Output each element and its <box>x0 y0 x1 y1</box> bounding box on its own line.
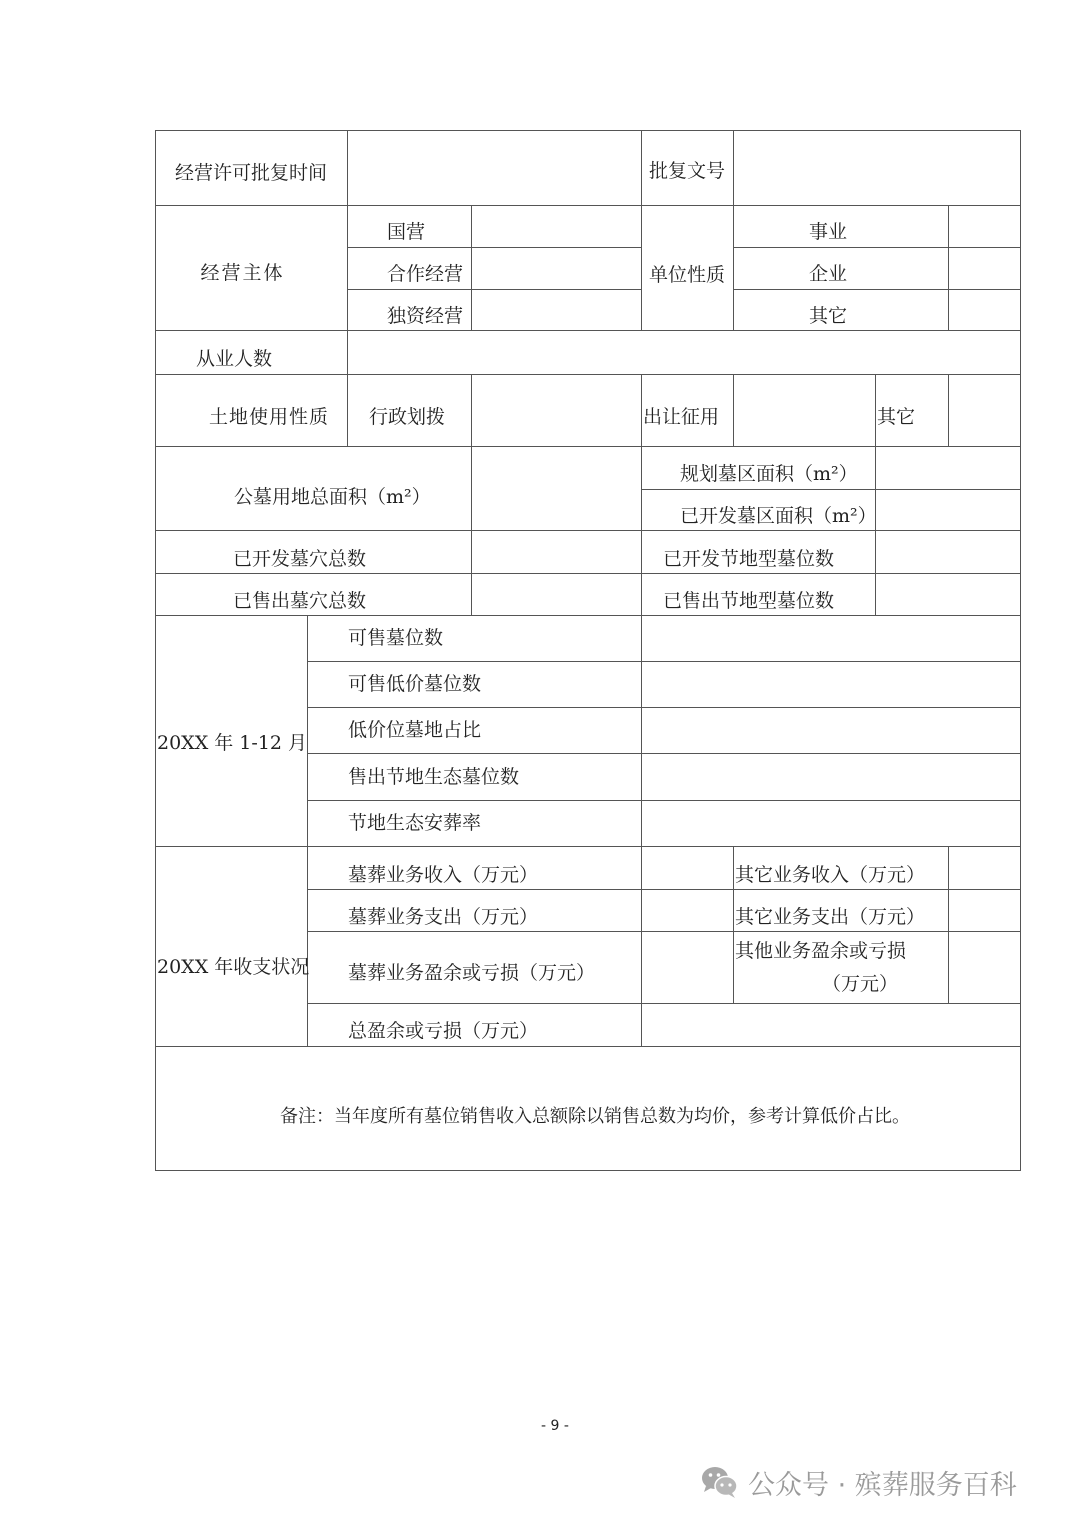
unit-nature-public: 事业 <box>733 221 923 243</box>
burial-expense-field[interactable] <box>642 890 732 931</box>
land-other-label: 其它 <box>877 406 915 428</box>
operator-cooperative-field[interactable] <box>472 248 640 289</box>
sold-graves-label: 已售出墓穴总数 <box>233 590 366 612</box>
operator-sole-field[interactable] <box>472 290 640 330</box>
approval-number-label: 批复文号 <box>641 160 733 182</box>
low-price-ratio-field[interactable] <box>642 708 1020 753</box>
burial-balance-label: 墓葬业务盈余或亏损（万元） <box>348 962 595 984</box>
operator-option-cooperative: 合作经营 <box>387 263 463 285</box>
land-transfer-field[interactable] <box>734 375 874 446</box>
divider <box>155 846 1021 847</box>
period-item-low-price-ratio: 低价位墓地占比 <box>348 719 481 741</box>
other-income-label: 其它业务收入（万元） <box>735 864 925 886</box>
land-admin-allocation-label: 行政划拨 <box>369 406 445 428</box>
unit-nature-public-field[interactable] <box>949 206 1020 247</box>
table-border-bottom <box>155 1170 1021 1171</box>
license-approval-time-label: 经营许可批复时间 <box>155 162 347 184</box>
eco-burial-rate-field[interactable] <box>642 801 1020 846</box>
saleable-graves-field[interactable] <box>642 616 1020 661</box>
developed-eco-graves-label: 已开发节地型墓位数 <box>663 548 834 570</box>
land-use-label: 土地使用性质 <box>209 406 329 428</box>
developed-graves-label: 已开发墓穴总数 <box>233 548 366 570</box>
burial-income-label: 墓葬业务收入（万元） <box>348 864 538 886</box>
page-number: - 9 - <box>540 1418 570 1434</box>
burial-expense-label: 墓葬业务支出（万元） <box>348 906 538 928</box>
watermark-text: 公众号 · 殡葬服务百科 <box>748 1463 1017 1502</box>
employees-field[interactable] <box>348 331 1020 374</box>
operator-option-state: 国营 <box>387 221 425 243</box>
table-border-left <box>155 130 156 1171</box>
burial-income-field[interactable] <box>642 847 732 889</box>
land-other-field[interactable] <box>949 375 1020 446</box>
developed-area-field[interactable] <box>876 490 1020 530</box>
period-item-eco-burial-rate: 节地生态安葬率 <box>348 812 481 834</box>
operator-label: 经营主体 <box>155 262 330 284</box>
developed-graves-field[interactable] <box>472 531 640 573</box>
watermark: 公众号 · 殡葬服务百科 <box>700 1460 1017 1504</box>
license-approval-time-field[interactable] <box>348 131 640 205</box>
developed-eco-graves-field[interactable] <box>876 531 1020 573</box>
other-expense-field[interactable] <box>949 890 1020 931</box>
developed-area-label: 已开发墓区面积（m²） <box>680 505 877 527</box>
approval-number-field[interactable] <box>734 131 1020 205</box>
unit-nature-enterprise: 企业 <box>733 263 923 285</box>
eco-graves-sold-field[interactable] <box>642 754 1020 800</box>
period-item-eco-graves-sold: 售出节地生态墓位数 <box>348 766 519 788</box>
note-text: 备注：当年度所有墓位销售收入总额除以销售总数为均价，参考计算低价占比。 <box>280 1106 910 1128</box>
unit-nature-enterprise-field[interactable] <box>949 248 1020 289</box>
unit-nature-other-field[interactable] <box>949 290 1020 330</box>
divider <box>875 374 876 446</box>
divider <box>347 374 348 446</box>
operator-state-field[interactable] <box>472 206 640 247</box>
period-label: 20XX 年 1-12 月 <box>157 732 307 754</box>
sold-graves-field[interactable] <box>472 574 640 615</box>
sold-eco-graves-label: 已售出节地型墓位数 <box>663 590 834 612</box>
employees-label: 从业人数 <box>196 348 272 370</box>
divider <box>347 205 348 330</box>
total-cemetery-area-label: 公墓用地总面积（m²） <box>234 486 431 508</box>
sold-eco-graves-field[interactable] <box>876 574 1020 615</box>
other-balance-label-line2: （万元） <box>822 973 898 995</box>
planned-area-label: 规划墓区面积（m²） <box>680 463 858 485</box>
divider <box>307 615 308 1046</box>
unit-nature-label: 单位性质 <box>641 264 733 286</box>
other-balance-field[interactable] <box>949 932 1020 1003</box>
other-balance-label-line1: 其他业务盈余或亏损 <box>735 940 906 962</box>
land-transfer-label: 出让征用 <box>643 406 719 428</box>
wechat-icon <box>700 1464 740 1500</box>
divider <box>641 374 642 446</box>
period-item-low-price-graves: 可售低价墓位数 <box>348 673 481 695</box>
other-expense-label: 其它业务支出（万元） <box>735 906 925 928</box>
other-income-field[interactable] <box>949 847 1020 889</box>
total-balance-label: 总盈余或亏损（万元） <box>348 1020 538 1042</box>
total-cemetery-area-field[interactable] <box>472 447 640 530</box>
low-price-graves-field[interactable] <box>642 662 1020 707</box>
total-balance-field[interactable] <box>642 1004 1020 1046</box>
planned-area-field[interactable] <box>876 447 1020 489</box>
operator-option-sole: 独资经营 <box>387 305 463 327</box>
divider <box>155 1046 1021 1047</box>
period-item-saleable-graves: 可售墓位数 <box>348 627 443 649</box>
unit-nature-other: 其它 <box>733 305 923 327</box>
land-admin-allocation-field[interactable] <box>472 375 640 446</box>
divider <box>733 846 734 1003</box>
finance-label: 20XX 年收支状况 <box>157 956 309 978</box>
burial-balance-field[interactable] <box>642 932 732 1003</box>
table-border-right <box>1020 130 1021 1171</box>
